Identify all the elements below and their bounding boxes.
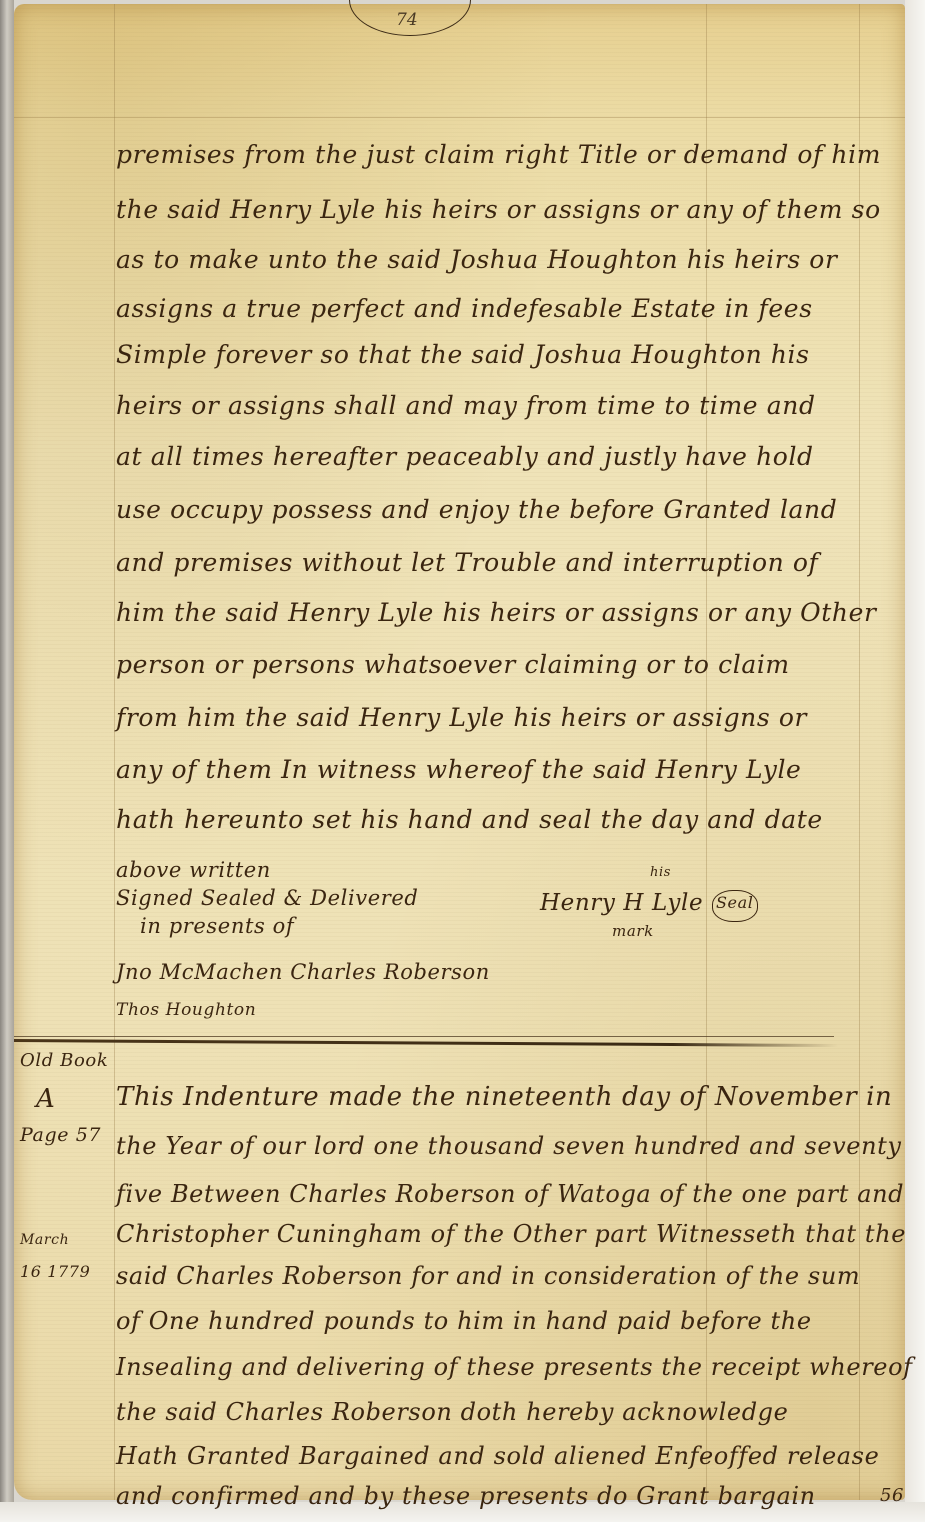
signed-sealed-delivered: Signed Sealed & Delivered: [116, 886, 418, 910]
witness-signature-houghton: Thos Houghton: [116, 1000, 256, 1020]
scan-margin-right: [905, 0, 925, 1522]
seal-label: Seal: [716, 893, 754, 912]
book-binding-edge: [0, 0, 14, 1522]
text-line: assigns a true perfect and indefesable E…: [116, 294, 813, 323]
text-line: use occupy possess and enjoy the before …: [116, 495, 837, 524]
text-line: the said Charles Roberson doth hereby ac…: [116, 1398, 788, 1426]
text-line: and confirmed and by these presents do G…: [116, 1482, 816, 1510]
text-line: Christopher Cuningham of the Other part …: [116, 1220, 906, 1248]
grantor-mark: mark: [612, 922, 654, 940]
text-line: Simple forever so that the said Joshua H…: [116, 340, 810, 369]
text-line: any of them In witness whereof the said …: [116, 755, 801, 784]
text-line: the said Henry Lyle his heirs or assigns…: [116, 195, 881, 224]
text-line: as to make unto the said Joshua Houghton…: [116, 245, 838, 274]
text-line: the Year of our lord one thousand seven …: [116, 1132, 902, 1160]
text-line: of One hundred pounds to him in hand pai…: [116, 1307, 812, 1335]
margin-date: 16 1779: [20, 1262, 90, 1281]
text-line: Hath Granted Bargained and sold aliened …: [116, 1442, 879, 1470]
page-number: 74: [396, 10, 418, 30]
text-line: from him the said Henry Lyle his heirs o…: [116, 703, 807, 732]
text-line: five Between Charles Roberson of Watoga …: [116, 1180, 904, 1208]
margin-book-letter: A: [36, 1084, 55, 1114]
text-line: and premises without let Trouble and int…: [116, 548, 818, 577]
text-line: him the said Henry Lyle his heirs or ass…: [116, 598, 877, 627]
text-line: hath hereunto set his hand and seal the …: [116, 805, 823, 834]
text-line: person or persons whatsoever claiming or…: [116, 650, 790, 679]
text-line: premises from the just claim right Title…: [116, 140, 881, 169]
margin-rule-left: [114, 4, 115, 1500]
text-line: Insealing and delivering of these presen…: [116, 1353, 913, 1381]
margin-old-book: Old Book: [20, 1050, 108, 1071]
margin-page-ref: Page 57: [20, 1124, 101, 1146]
grantor-signature: Henry H Lyle: [540, 890, 703, 916]
text-line: at all times hereafter peaceably and jus…: [116, 442, 814, 471]
text-line: This Indenture made the nineteenth day o…: [116, 1082, 892, 1112]
in-presence-of: in presents of: [140, 914, 294, 938]
folio-mark: 56: [880, 1485, 904, 1506]
margin-month: March: [20, 1232, 69, 1248]
witness-signatures: Jno McMachen Charles Roberson: [116, 960, 490, 984]
top-rule: [14, 117, 905, 118]
above-written: above written: [116, 858, 271, 882]
text-line: heirs or assigns shall and may from time…: [116, 391, 816, 420]
section-divider-thin: [14, 1036, 834, 1037]
grantor-his: his: [650, 865, 671, 880]
text-line: said Charles Roberson for and in conside…: [116, 1262, 860, 1290]
